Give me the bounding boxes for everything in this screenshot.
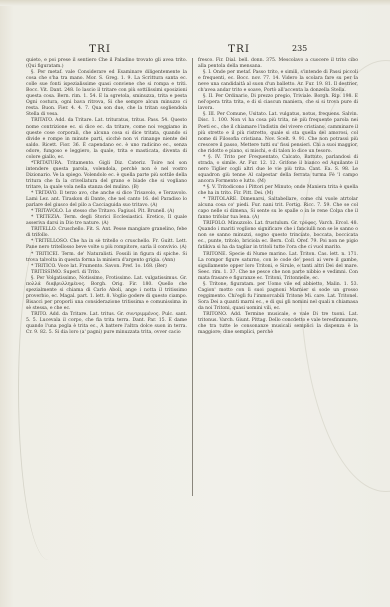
entry-paragraph: §. Per metaf. vale Considerare ed Esamin… <box>26 70 187 118</box>
entry-paragraph: * TRITELLOSO. Che ha in sè tritello o cr… <box>26 239 187 251</box>
entry-paragraph: *TRITATURA. Tritamento. Gigli Diz. Cater… <box>26 161 187 191</box>
entry-paragraph: §. III. Per Comune, Usitato. Lat. vulgat… <box>198 112 358 154</box>
page-number: 235 <box>292 44 307 53</box>
entry-paragraph: §. Tritone, figuratam. per Uomo vile ed … <box>198 282 358 312</box>
entry-paragraph: §. Per Volgatissimo, Notissimo, Frotissi… <box>26 276 187 312</box>
entry-paragraph: TRIFOLO. Minuzzolo. Lat. frustulum. Gr. … <box>198 221 358 251</box>
column-divider <box>192 58 193 496</box>
entry-paragraph: * TRITICO. Voce lat. Frumento. Savon. Pr… <box>26 264 187 270</box>
entry-paragraph: TRITONO. Add. Termine musicale, e vale D… <box>198 312 358 336</box>
entry-paragraph: * §. IV. Trito per Frequentato, Calcato,… <box>198 155 358 185</box>
entry-paragraph: * §. V. Tritodicono i Pittori per Minuto… <box>198 185 358 197</box>
entry-paragraph: §. II. Per Ordinario, Di prezzo pregio, … <box>198 94 358 112</box>
page-top-edge <box>0 0 390 6</box>
entry-paragraph: quieto, e poi prese il sentiero Che il P… <box>26 58 187 70</box>
entry-paragraph: * TRITAVO. Il terzo avo, che anche si di… <box>26 191 187 209</box>
running-header: TRI TRI 235 <box>0 43 390 57</box>
book-page: TRI TRI 235 quieto, e poi prese il senti… <box>0 0 390 607</box>
entry-paragraph: TRITONE. Specie di Nume marino. Lat. Tri… <box>198 252 358 282</box>
running-head-left: TRI <box>89 43 111 55</box>
entry-paragraph: TRITATO. Add. da Tritare. Lat. trituratu… <box>26 118 187 160</box>
entry-paragraph: §. I. Onde per metaf. Passo trito, e sim… <box>198 70 358 94</box>
entry-paragraph: * TRITOLARE. Dimenarsi, Saltabellare, co… <box>198 197 358 221</box>
entry-paragraph: * TRITEZIA. Term. degli Storici Ecclesia… <box>26 215 187 227</box>
entry-paragraph: * TRITICEI. Term. de' Naturalisti. Fossi… <box>26 252 187 264</box>
entry-paragraph: TRITO. Add. da Tritare. Lat. tritus. Gr.… <box>26 312 187 336</box>
right-column: fresco. Fir. Dial. bell. donn. 375. Mesc… <box>198 58 358 336</box>
entry-paragraph: TRITELLO. Cruschello. Fit. S. Ant. Pesse… <box>26 227 187 239</box>
entry-paragraph: fresco. Fir. Dial. bell. donn. 375. Mesc… <box>198 58 358 70</box>
left-column: quieto, e poi prese il sentiero Che il P… <box>26 58 187 336</box>
running-head-right: TRI <box>228 43 250 55</box>
